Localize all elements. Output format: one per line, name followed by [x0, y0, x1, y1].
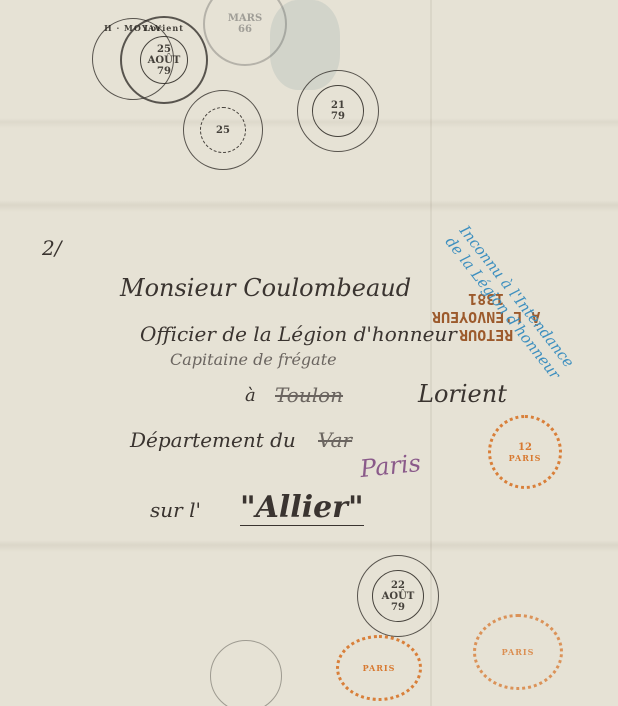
postmark-day: 12 — [518, 442, 532, 453]
postmark-ring-text: PARIS — [509, 453, 542, 463]
department-label: Département du — [130, 428, 296, 452]
postmark-orange-bottom-right: PARIS — [473, 614, 563, 690]
ship-prefix: sur l' — [150, 498, 201, 522]
postmark-year: 66 — [238, 24, 252, 35]
corner-mark: 2/ — [42, 236, 61, 260]
postmark-year: 79 — [331, 111, 345, 122]
postmark-marseille: 25 — [183, 90, 263, 170]
redirect-paris: Paris — [359, 449, 422, 483]
postmark-month: AOÛT — [148, 55, 181, 66]
postmark-city: Lorient — [144, 23, 184, 33]
postmark-orange-paris: 12 PARIS — [488, 415, 562, 489]
city-prefix: à — [245, 385, 256, 406]
postmark-date: MARS — [228, 13, 262, 24]
ship-name: "Allier" — [240, 490, 364, 526]
postmark-day: 25 — [216, 125, 230, 136]
city-struck: Toulon — [275, 383, 343, 407]
postmark-year: 79 — [157, 66, 171, 77]
postmark-lorient: Lorient 25 AOÛT 79 — [120, 16, 208, 104]
postmark-day: 22 — [391, 580, 405, 591]
postal-cover: MARS 66 H · MOYAV Lorient 25 AOÛT 79 25 … — [0, 0, 618, 706]
postmark-toulon: 22 AOÛT 79 — [357, 555, 439, 637]
postmark-orange-bottom-left: PARIS — [336, 635, 422, 701]
postmark-year: 79 — [391, 602, 405, 613]
recipient-title-2: Capitaine de frégate — [170, 350, 337, 369]
postmark-day: 25 — [157, 44, 171, 55]
department-struck: Var — [318, 428, 352, 452]
postmark-ring-text: PARIS — [363, 663, 396, 673]
city-new: Lorient — [418, 380, 507, 408]
recipient-name: Monsieur Coulombeaud — [120, 274, 411, 302]
postmark-month: AOÛT — [382, 591, 415, 602]
postmark-bottom-faint — [210, 640, 282, 706]
postmark-ring-text: PARIS — [502, 647, 535, 657]
postmark-day: 21 — [331, 100, 345, 111]
postmark-var-top: 21 79 — [297, 70, 379, 152]
recipient-title-1: Officier de la Légion d'honneur — [140, 322, 457, 346]
